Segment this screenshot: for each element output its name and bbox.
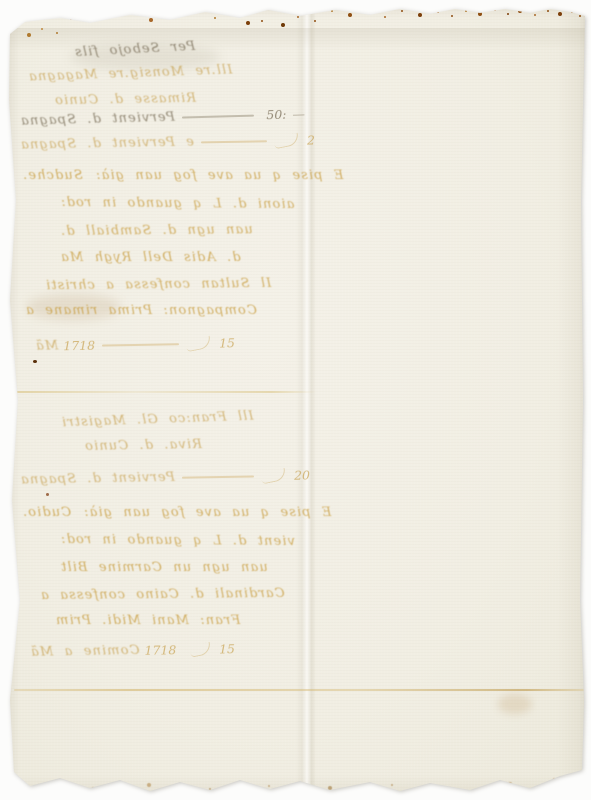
body-line: Compagnon: Prima rimane a [25, 303, 280, 319]
year-value: 1718 [63, 338, 95, 355]
bleedthrough-header-line: Ill.re Monsig.re Magagna [55, 63, 205, 84]
mirrored-script-text: Cardinali d. Caino confessa a [40, 586, 285, 604]
mirrored-script-text: uan ugn d. Sambiall d. [60, 222, 253, 240]
mirrored-script-text: Compagnon: Prima rimane a [25, 303, 257, 319]
amount-value: 15 [219, 641, 235, 657]
body-line: Sudche. E pise q ua ave fog uan già: [22, 168, 292, 184]
mirrored-script-text: Ill Fran:co Gl. Magistri [61, 409, 254, 432]
mirrored-script-text: Pervient d. Spagna [20, 110, 175, 130]
mirrored-script-text: E pise q ua ave fog uan già: [95, 168, 343, 184]
tan-stain [498, 694, 532, 714]
amount-value: 2 [307, 132, 315, 148]
mirrored-script-text: uan ugn un Carmine Bilt [60, 560, 268, 576]
ledger-entry-line: Pervient d. Spagna 50: — [20, 106, 305, 129]
mirrored-script-text: Comine a Mã [30, 643, 140, 661]
bleedthrough-header-line: Ill Fran:co Gl. Magistri [70, 409, 245, 431]
body-line: Fran: Mani Midi. Prim [55, 613, 270, 629]
mirrored-script-text: d. Adis Dell Rygh Ma [60, 250, 241, 266]
paper-sheet: Per Sebojo fils Ill.re Monsig.re Magagna… [0, 0, 591, 800]
mirrored-script-text: Mã [35, 338, 59, 354]
year-value: 1718 [144, 642, 176, 659]
mirrored-script-text: Riva. d. Cunio [83, 437, 201, 455]
margin-note-text: Sudche. [22, 168, 83, 184]
body-line: Il Sultan confessa a christi [45, 276, 285, 295]
mirrored-script-text: vient d. L q guando in rod: [60, 532, 295, 550]
body-line: Cudio. E pise q ua ave fog uan già: [22, 505, 297, 521]
total-line: Comine a Mã 1718 15 [30, 641, 235, 661]
pen-flourish [260, 468, 287, 485]
crease-line-lower [14, 689, 584, 691]
foxing-spots-top-edge [0, 0, 2, 2]
body-line: Cardinali d. Caino confessa a [40, 586, 285, 604]
mirrored-script-text: Rimasse d. Cunio [54, 91, 196, 109]
mirrored-script-text: Il Sultan confessa a christi [45, 276, 271, 294]
amount-value: 20 [294, 467, 310, 483]
amount-value: 15 [219, 335, 235, 351]
mirrored-script-text: e Pervient d. Spagna [20, 135, 194, 154]
ink-speck [33, 360, 37, 363]
mirrored-script-text: E pise q ua ave fog uan già: [83, 505, 331, 521]
foxing-spots-bottom-edge [0, 0, 2, 2]
crease-line-upper [16, 391, 316, 393]
bleedthrough-header-line: Riva. d. Cunio [75, 437, 210, 455]
ledger-entry-line: Pervient d. Spagna 20 [20, 467, 310, 488]
pen-flourish [185, 336, 212, 353]
pen-flourish [273, 133, 300, 150]
document-scan: Per Sebojo fils Ill.re Monsig.re Magagna… [0, 0, 591, 800]
mirrored-script-text: Ill.re Monsig.re Magagna [28, 62, 233, 85]
margin-note-text: Cudio. [22, 505, 71, 521]
mirrored-script-text: Pervient d. Spagna [20, 470, 175, 489]
body-line: aioni d. L q guando in rod: [60, 195, 285, 213]
body-line: vient d. L q guando in rod: [60, 532, 290, 550]
body-line: uan ugn un Carmine Bilt [60, 560, 280, 576]
body-line: uan ugn d. Sambiall d. [60, 222, 275, 240]
ledger-entry-line: e Pervient d. Spagna 2 [20, 132, 315, 153]
mirrored-script-text: Fran: Mani Midi. Prim [55, 613, 240, 629]
amount-value: 50: [266, 107, 287, 124]
dash-leader [182, 476, 254, 479]
ink-speck [46, 493, 49, 496]
body-line: d. Adis Dell Rygh Ma [60, 250, 275, 266]
dash-leader [182, 115, 255, 118]
paper-shadow-wrap: Per Sebojo fils Ill.re Monsig.re Magagna… [0, 0, 591, 800]
total-line: Mã 1718 15 [35, 335, 235, 354]
pen-flourish [189, 642, 212, 658]
bleedthrough-header-line: Rimasse d. Cunio [60, 91, 190, 109]
dash-leader [102, 343, 179, 346]
dash-leader [201, 141, 267, 144]
mirrored-script-text: aioni d. L q guando in rod: [60, 195, 295, 213]
amount-tail-dash: — [292, 106, 305, 122]
